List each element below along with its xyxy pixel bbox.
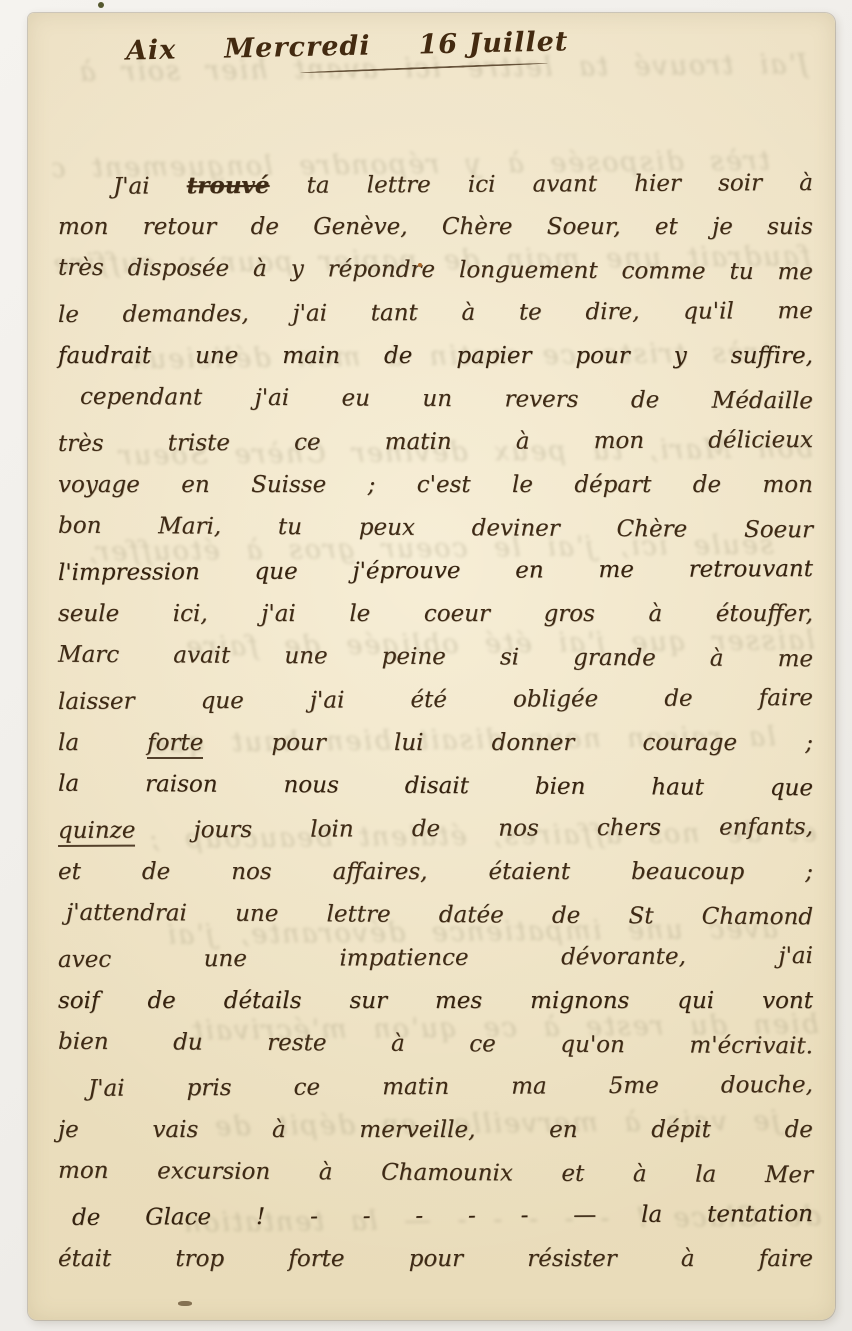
word: mon <box>762 472 812 498</box>
word: avant <box>533 171 598 197</box>
word: répondre <box>328 256 435 283</box>
word: ici <box>468 172 496 198</box>
word: y <box>291 256 304 282</box>
word: une <box>235 901 278 927</box>
letter-line: cependantj'aieuunreversdeMédaille <box>58 384 813 432</box>
word: mes <box>435 988 482 1014</box>
word: c'est <box>417 472 471 498</box>
word: retrouvant <box>689 556 813 583</box>
word: - <box>521 1203 529 1229</box>
word: pour <box>575 343 629 369</box>
word: et <box>655 214 678 240</box>
word: longuement <box>459 257 598 284</box>
letter-line: deGlace!-----—latentation <box>58 1201 813 1248</box>
letter-line: Marcavaitunepeinesigrandeàme <box>58 642 813 690</box>
word: raison <box>145 771 218 797</box>
word: Médaille <box>712 388 813 415</box>
word: voyage <box>58 472 140 498</box>
word: Chère <box>442 214 513 240</box>
word: et <box>561 1161 584 1187</box>
word: de <box>412 816 440 842</box>
word: à <box>461 300 475 326</box>
word: comme <box>622 258 706 285</box>
word: donner <box>492 730 575 756</box>
word: été <box>410 687 447 713</box>
word: de <box>664 686 692 712</box>
word: ! <box>256 1204 265 1230</box>
dateline: Aix Mercredi 16 Juillet <box>126 26 569 66</box>
word: à <box>710 646 724 672</box>
word: tu <box>729 259 753 285</box>
word: laisser <box>58 689 135 715</box>
word: merveille, <box>359 1117 475 1143</box>
letter-line: bienduresteàcequ'onm'écrivait. <box>58 1029 813 1077</box>
word: Genève, <box>313 214 407 240</box>
word: revers <box>504 386 578 412</box>
word: nous <box>283 772 338 798</box>
word: étaient <box>488 859 570 885</box>
letter-page: J'ai trouvé ta lettre ici avant hier soi… <box>28 13 835 1320</box>
word: avec <box>58 947 111 973</box>
dateline-date: 16 Juillet <box>418 26 568 60</box>
word: de <box>251 214 279 240</box>
word: dire, <box>585 299 639 325</box>
letter-line: monretourdeGenève,ChèreSoeur,etjesuis <box>58 214 813 257</box>
word: triste <box>168 430 230 456</box>
word: seule <box>58 601 119 627</box>
word: de <box>384 343 412 369</box>
word: j'ai <box>261 601 296 627</box>
word: eu <box>341 385 370 411</box>
word: enfants, <box>719 814 813 840</box>
word: Chamond <box>702 904 813 931</box>
scanner-background: J'ai trouvé ta lettre ici avant hier soi… <box>0 0 852 1331</box>
word: que <box>201 688 244 714</box>
word: soir <box>718 170 762 196</box>
word: peux <box>359 515 415 541</box>
word: la <box>641 1202 662 1228</box>
word: à <box>272 1117 286 1143</box>
word: ; <box>368 472 376 498</box>
word: à <box>516 429 530 455</box>
word: bon <box>58 513 102 539</box>
word: était <box>58 1246 111 1272</box>
letter-line: soifdedétailssurmesmignonsquivont <box>58 988 813 1031</box>
word: Suisse <box>251 472 326 498</box>
word: disposée <box>128 255 230 282</box>
word: chers <box>597 815 661 841</box>
word: tu <box>278 514 302 540</box>
word: Chamounix <box>381 1160 513 1187</box>
speck-green <box>98 2 104 8</box>
word: avait <box>173 642 230 668</box>
word: Glace <box>145 1204 211 1230</box>
word: me <box>777 259 813 285</box>
word: qu'on <box>560 1032 625 1058</box>
word: coeur <box>424 601 490 627</box>
word: matin <box>382 1074 449 1100</box>
word: trouvé <box>187 172 270 199</box>
word: quinze <box>58 818 136 847</box>
word: - <box>363 1203 371 1229</box>
letter-line: etdenosaffaires,étaientbeaucoup; <box>58 859 813 902</box>
word: de <box>147 988 175 1014</box>
word: dépit <box>651 1117 711 1143</box>
word: départ <box>574 472 651 498</box>
word: impatience <box>339 945 468 972</box>
dateline-day: Mercredi <box>224 31 371 65</box>
word: faire <box>759 685 813 711</box>
word: - <box>468 1203 476 1229</box>
ink-smudge <box>178 1301 192 1306</box>
word: à <box>633 1161 647 1187</box>
speck-orange <box>418 263 422 267</box>
letter-line: trèstristecematinàmondélicieux <box>58 427 813 474</box>
word: me <box>598 557 634 583</box>
letter-line: monexcursionàChamounixetàlaMer <box>58 1158 813 1206</box>
word: une <box>204 946 247 972</box>
word: de <box>72 1205 100 1231</box>
word: faire <box>759 1246 813 1272</box>
word: ce <box>469 1031 496 1057</box>
word: à <box>681 1246 695 1272</box>
word: et <box>58 859 81 885</box>
word: j'ai <box>292 301 327 327</box>
word: ; <box>805 859 813 885</box>
word: pour <box>271 730 325 756</box>
word: reste <box>267 1030 326 1056</box>
letter-line: ledemandes,j'aitantàtedire,qu'ilme <box>58 298 813 345</box>
word: ta <box>307 173 330 199</box>
word: gros <box>544 601 595 627</box>
word: en <box>515 557 544 583</box>
word: à <box>799 170 813 196</box>
word: main <box>282 343 340 369</box>
word: lettre <box>367 172 431 198</box>
word: datée <box>439 902 504 928</box>
word: je <box>58 1117 79 1143</box>
word: Soeur, <box>547 214 621 240</box>
flourish-line <box>300 62 548 74</box>
word: forte <box>288 1246 344 1272</box>
word: nos <box>498 815 539 841</box>
word: suis <box>767 214 813 240</box>
word: - <box>415 1203 423 1229</box>
word: Soeur <box>744 517 813 543</box>
letter-line: avecuneimpatiencedévorante,j'ai <box>58 943 813 990</box>
word: j'ai <box>778 943 813 969</box>
word: me <box>777 298 813 324</box>
word: de <box>142 859 170 885</box>
word: grande <box>573 645 656 672</box>
word: te <box>519 299 542 325</box>
letter-body: J'aitrouvétalettreiciavanthiersoiràmonre… <box>28 171 835 1289</box>
word: m'écrivait. <box>689 1033 813 1060</box>
word: sur <box>349 988 387 1014</box>
word: — <box>573 1202 596 1228</box>
letter-line: j'attendraiunelettredatéedeStChamond <box>58 900 813 948</box>
word: pris <box>187 1075 232 1101</box>
word: St <box>628 903 653 929</box>
word: douche, <box>721 1072 813 1098</box>
word: étouffer, <box>716 601 813 627</box>
word: le <box>349 601 370 627</box>
letter-line: quinzejoursloindenoschersenfants, <box>58 814 813 861</box>
word: pour <box>409 1246 463 1272</box>
word: J'ai <box>88 1076 125 1102</box>
word: en <box>549 1117 577 1143</box>
word: la <box>58 771 79 797</box>
word: qui <box>677 988 714 1014</box>
word: affaires, <box>333 859 428 885</box>
letter-line: lafortepourluidonnercourage; <box>58 730 813 773</box>
letter-line: faudraitunemaindepapierpourysuffire, <box>58 343 813 386</box>
word: cependant <box>80 384 202 411</box>
letter-line: laisserquej'aiétéobligéedefaire <box>58 685 813 732</box>
word: Marc <box>58 642 119 668</box>
word: qu'il <box>683 298 734 324</box>
word: me <box>778 646 814 672</box>
letter-line: étaittropfortepourrésisteràfaire <box>58 1246 813 1289</box>
letter-line: laraisonnousdisaitbienhautque <box>58 771 813 819</box>
word: j'ai <box>255 385 290 411</box>
dateline-place: Aix <box>126 35 177 67</box>
letter-line: trèsdisposéeàyrépondrelonguementcommetum… <box>58 255 813 303</box>
word: courage <box>643 730 738 756</box>
word: nos <box>231 859 271 885</box>
word: détails <box>224 988 302 1014</box>
word: très <box>58 431 104 457</box>
word: que <box>254 559 297 585</box>
word: mon <box>58 1158 109 1184</box>
word: ce <box>294 430 321 456</box>
word: deviner <box>472 515 560 542</box>
word: dévorante, <box>561 944 686 971</box>
word: une <box>195 343 238 369</box>
word: je <box>712 214 733 240</box>
word: demandes, <box>123 301 249 328</box>
word: que <box>770 775 813 801</box>
word: trop <box>175 1246 224 1272</box>
word: le <box>512 472 533 498</box>
word: j'attendrai <box>66 900 187 927</box>
word: de <box>785 1117 813 1143</box>
word: papier <box>456 343 531 369</box>
word: excursion <box>157 1158 270 1185</box>
word: Mer <box>765 1162 813 1188</box>
word: du <box>173 1029 203 1055</box>
word: jours <box>193 817 252 843</box>
word: mon <box>594 428 645 454</box>
word: j'éprouve <box>352 558 460 585</box>
word: le <box>58 302 79 328</box>
word: peine <box>382 644 446 670</box>
letter-line: J'aipriscematinma5medouche, <box>58 1072 813 1119</box>
word: bien <box>58 1029 109 1055</box>
word: hier <box>634 171 681 197</box>
word: vais <box>152 1117 198 1143</box>
letter-line: jevaisàmerveille,endépitde <box>58 1117 813 1160</box>
word: bien <box>535 774 586 800</box>
word: disait <box>405 773 469 799</box>
word: vont <box>762 988 813 1014</box>
word: soif <box>58 988 100 1014</box>
word: haut <box>651 774 704 800</box>
word: lettre <box>327 901 391 927</box>
word: forte <box>147 730 203 759</box>
word: ce <box>294 1075 321 1101</box>
letter-line: voyageenSuisse;c'estledépartdemon <box>58 472 813 515</box>
word: de <box>552 903 581 929</box>
word: l'impression <box>58 559 200 586</box>
word: très <box>58 255 104 281</box>
word: Chère <box>617 516 688 542</box>
word: la <box>58 730 79 756</box>
word: obligée <box>513 686 598 712</box>
letter-line: seuleici,j'ailecoeurgrosàétouffer, <box>58 601 813 644</box>
word: faudrait <box>58 343 151 369</box>
word: ; <box>805 730 813 756</box>
word: à <box>253 256 267 282</box>
word: à <box>391 1031 405 1057</box>
letter-line: l'impressionquej'éprouveenmeretrouvant <box>58 556 813 603</box>
word: à <box>319 1159 333 1185</box>
word: de <box>693 472 721 498</box>
word: - <box>310 1204 318 1230</box>
word: mon <box>58 214 108 240</box>
word: mignons <box>530 988 629 1014</box>
word: retour <box>143 214 217 240</box>
word: tant <box>371 300 418 326</box>
word: lui <box>394 730 424 756</box>
word: à <box>649 601 663 627</box>
word: un <box>422 386 452 412</box>
word: loin <box>310 816 354 842</box>
word: suffire, <box>731 343 813 369</box>
word: ici, <box>173 601 208 627</box>
word: J'ai <box>113 173 150 199</box>
word: la <box>695 1162 716 1188</box>
word: y <box>674 343 687 369</box>
word: 5me <box>609 1073 659 1099</box>
word: Mari, <box>158 513 221 539</box>
word: j'ai <box>310 687 345 713</box>
word: tentation <box>707 1201 813 1228</box>
word: résister <box>527 1246 616 1272</box>
word: de <box>631 387 660 413</box>
word: en <box>181 472 209 498</box>
letter-line: J'aitrouvétalettreiciavanthiersoirà <box>58 169 813 216</box>
word: matin <box>385 429 452 455</box>
word: si <box>500 644 519 670</box>
word: beaucoup <box>631 859 744 885</box>
word: une <box>284 643 327 669</box>
word: ma <box>511 1073 547 1099</box>
word: délicieux <box>708 427 813 454</box>
letter-line: bonMari,tupeuxdevinerChèreSoeur <box>58 513 813 561</box>
